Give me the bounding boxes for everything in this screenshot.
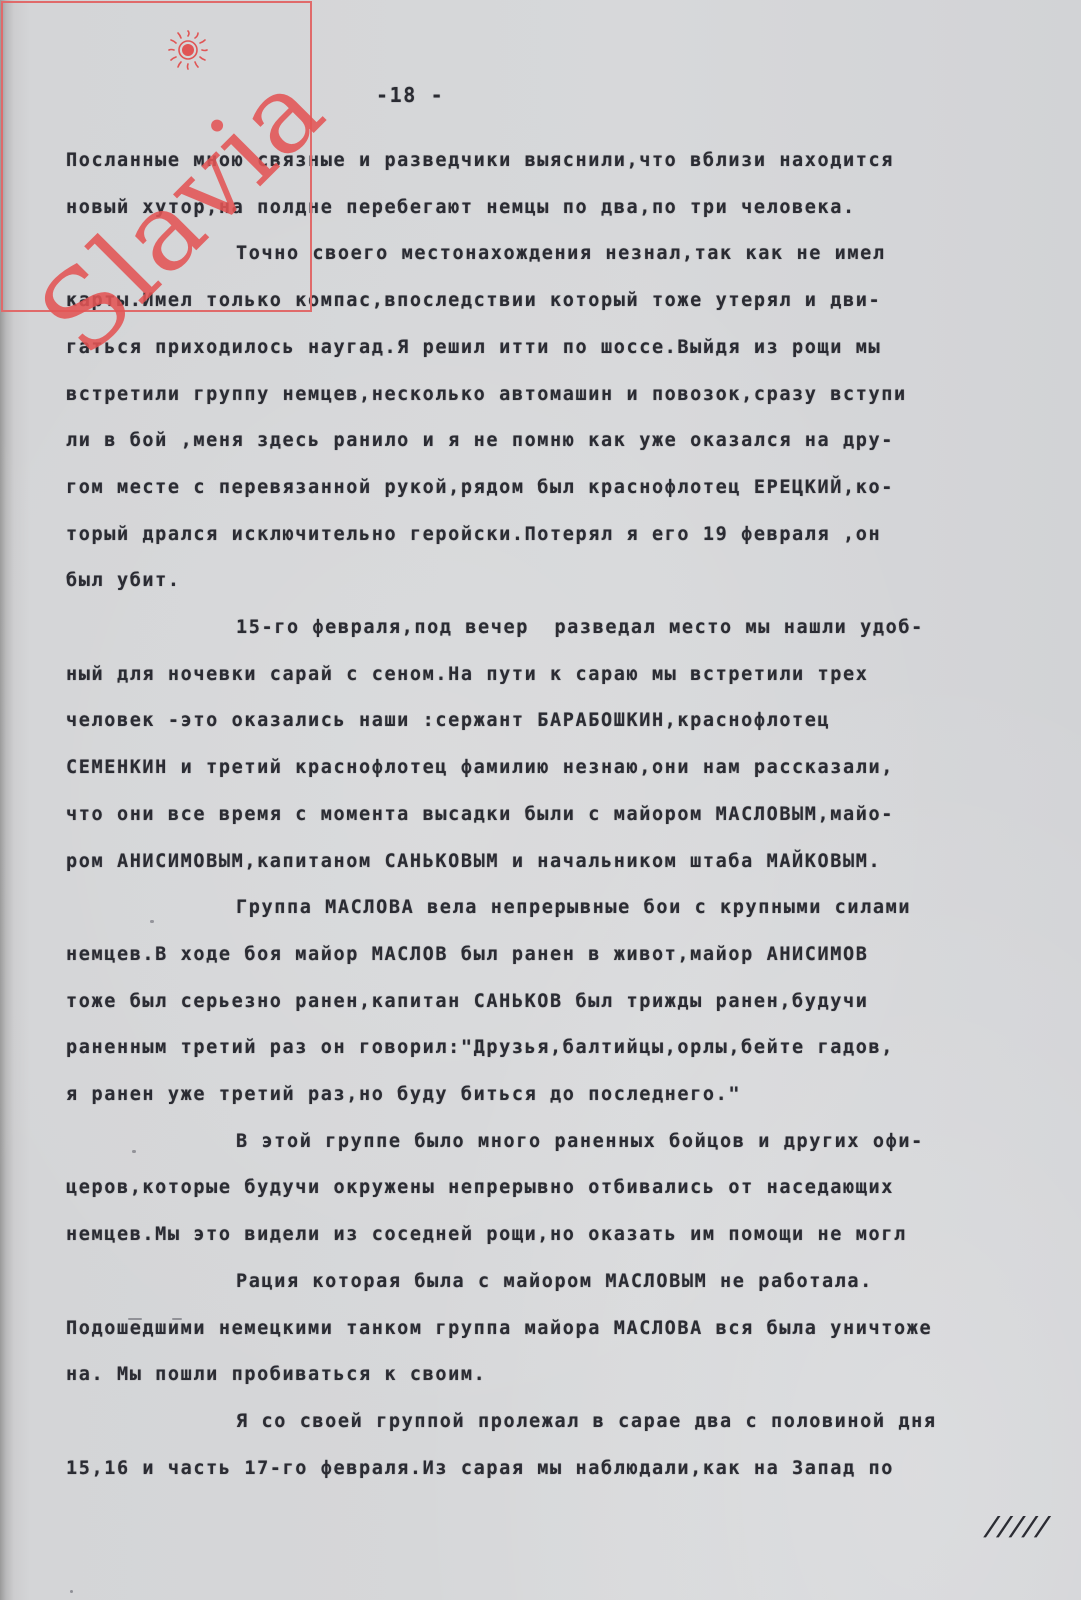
text-line: гаться приходилось наугад.Я решил итти п… (66, 339, 881, 358)
text-line: встретили группу немцев,несколько автома… (66, 386, 907, 405)
text-line: торый дрался исключительно геройски.Поте… (66, 526, 881, 545)
text-line: что они все время с момента высадки были… (66, 806, 894, 825)
text-line: Точно своего местонахождения незнал,так … (236, 245, 886, 264)
text-line: карты.Имел только компас,впоследствии ко… (66, 292, 881, 311)
text-line: гом месте с перевязанной рукой,рядом был… (66, 479, 894, 498)
text-line: тоже был серьезно ранен,капитан САНЬКОВ … (66, 993, 869, 1012)
text-line: 15,16 и часть 17-го февраля.Из сарая мы … (66, 1460, 894, 1479)
text-line: ром АНИСИМОВЫМ,капитаном САНЬКОВЫМ и нач… (66, 853, 881, 872)
text-line: на. Мы пошли пробиваться к своим. (66, 1366, 486, 1385)
text-line: Посланные мною связные и разведчики выяс… (66, 152, 894, 171)
text-line: 15-го февраля,под вечер разведал место м… (236, 619, 924, 638)
text-line: раненным третий раз он говорил:"Друзья,б… (66, 1039, 894, 1058)
text-line: Группа МАСЛОВА вела непрерывные бои с кр… (236, 899, 911, 918)
text-line: немцев.Мы это видели из соседней рощи,но… (66, 1226, 907, 1245)
text-line: ли в бой ,меня здесь ранило и я не помню… (66, 432, 894, 451)
text-line: немцев.В ходе боя майор МАСЛОВ был ранен… (66, 946, 869, 965)
page-number: -18 - (376, 85, 444, 105)
text-line: был убит. (66, 572, 181, 591)
typewritten-page: Slavia -18 - Посланные мною связные и ра… (0, 0, 1081, 1600)
sun-icon (168, 30, 208, 70)
text-line: СЕМЕНКИН и третий краснофлотец фамилию н… (66, 759, 894, 778)
end-mark: ///// (981, 1512, 1051, 1542)
text-line: я ранен уже третий раз,но буду биться до… (66, 1086, 741, 1105)
text-line: ный для ночевки сарай с сеном.На пути к … (66, 666, 869, 685)
text-line: Я со своей группой пролежал в сарае два … (236, 1413, 937, 1432)
text-line: В этой группе было много раненных бойцов… (236, 1133, 924, 1152)
text-line: церов,которые будучи окружены непрерывно… (66, 1179, 894, 1198)
text-line: Рация которая была с майором МАСЛОВЫМ не… (236, 1273, 873, 1292)
text-line: новый хутор,на полдне перебегают немцы п… (66, 199, 856, 218)
text-line: человек -это оказались наши :сержант БАР… (66, 712, 830, 731)
text-line: Подошедшими немецкими танком группа майо… (66, 1320, 932, 1339)
